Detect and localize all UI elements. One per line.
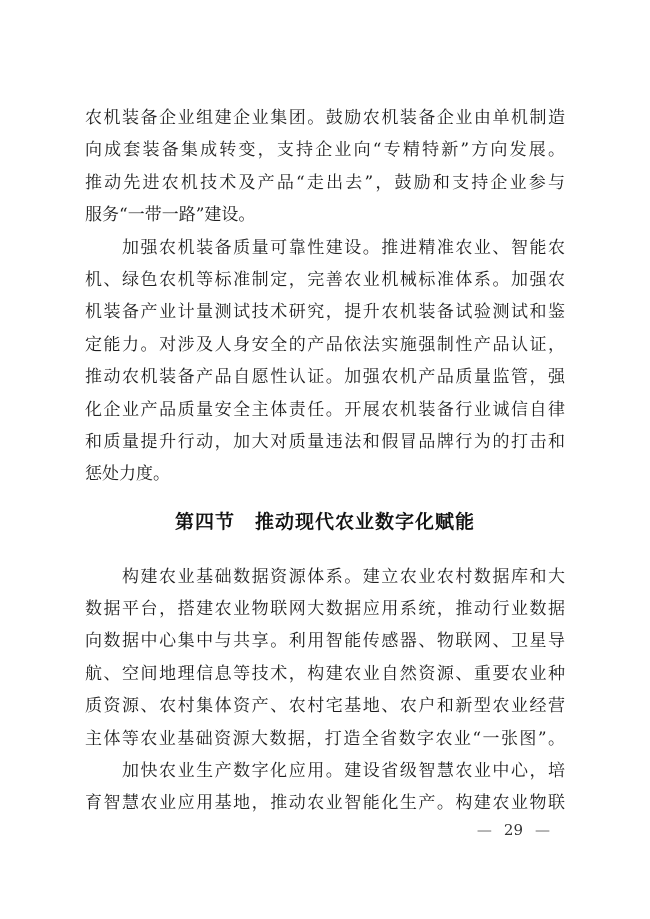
text-line: 和质量提升行动，加大对质量违法和假冒品牌行为的打击和 xyxy=(85,426,565,458)
document-body: 农机装备企业组建企业集团。鼓励农机装备企业由单机制造 向成套装备集成转变，支持企… xyxy=(85,102,565,820)
section-heading: 第四节 推动现代农业数字化赋能 xyxy=(85,506,565,539)
paragraph-4: 加快农业生产数字化应用。建设省级智慧农业中心，培 育智慧农业应用基地，推动农业智… xyxy=(85,755,565,820)
text-line: 服务“一带一路”建设。 xyxy=(85,199,565,231)
text-line: 向数据中心集中与共享。利用智能传感器、物联网、卫星导 xyxy=(85,625,565,657)
text-line: 主体等农业基础资源大数据，打造全省数字农业“一张图”。 xyxy=(85,723,565,755)
text-line: 航、空间地理信息等技术，构建农业自然资源、重要农业种 xyxy=(85,658,565,690)
text-line: 推动农机装备产品自愿性认证。加强农机产品质量监管，强 xyxy=(85,361,565,393)
text-line: 机、绿色农机等标准制定，完善农业机械标准体系。加强农 xyxy=(85,264,565,296)
text-line: 加快农业生产数字化应用。建设省级智慧农业中心，培 xyxy=(85,755,565,787)
footer-dash-right: — xyxy=(535,821,550,839)
text-line: 加强农机装备质量可靠性建设。推进精准农业、智能农 xyxy=(85,232,565,264)
text-line: 机装备产业计量测试技术研究，提升农机装备试验测试和鉴 xyxy=(85,296,565,328)
paragraph-2: 加强农机装备质量可靠性建设。推进精准农业、智能农 机、绿色农机等标准制定，完善农… xyxy=(85,232,565,491)
text-line: 质资源、农村集体资产、农村宅基地、农户和新型农业经营 xyxy=(85,690,565,722)
text-line: 惩处力度。 xyxy=(85,458,565,490)
footer-dash-left: — xyxy=(477,821,492,839)
text-line: 数据平台，搭建农业物联网大数据应用系统，推动行业数据 xyxy=(85,593,565,625)
text-line: 化企业产品质量安全主体责任。开展农机装备行业诚信自律 xyxy=(85,394,565,426)
text-line: 构建农业基础数据资源体系。建立农业农村数据库和大 xyxy=(85,561,565,593)
page-number: 29 xyxy=(504,821,523,839)
text-line: 推动先进农机技术及产品“走出去”，鼓励和支持企业参与 xyxy=(85,167,565,199)
text-line: 定能力。对涉及人身安全的产品依法实施强制性产品认证， xyxy=(85,329,565,361)
paragraph-3: 构建农业基础数据资源体系。建立农业农村数据库和大 数据平台，搭建农业物联网大数据… xyxy=(85,561,565,755)
paragraph-1: 农机装备企业组建企业集团。鼓励农机装备企业由单机制造 向成套装备集成转变，支持企… xyxy=(85,102,565,232)
page-footer: — 29 — xyxy=(477,821,550,839)
text-line: 育智慧农业应用基地，推动农业智能化生产。构建农业物联 xyxy=(85,787,565,819)
document-page: 农机装备企业组建企业集团。鼓励农机装备企业由单机制造 向成套装备集成转变，支持企… xyxy=(0,0,650,919)
text-line: 农机装备企业组建企业集团。鼓励农机装备企业由单机制造 xyxy=(85,102,565,134)
text-line: 向成套装备集成转变，支持企业向“专精特新”方向发展。 xyxy=(85,134,565,166)
